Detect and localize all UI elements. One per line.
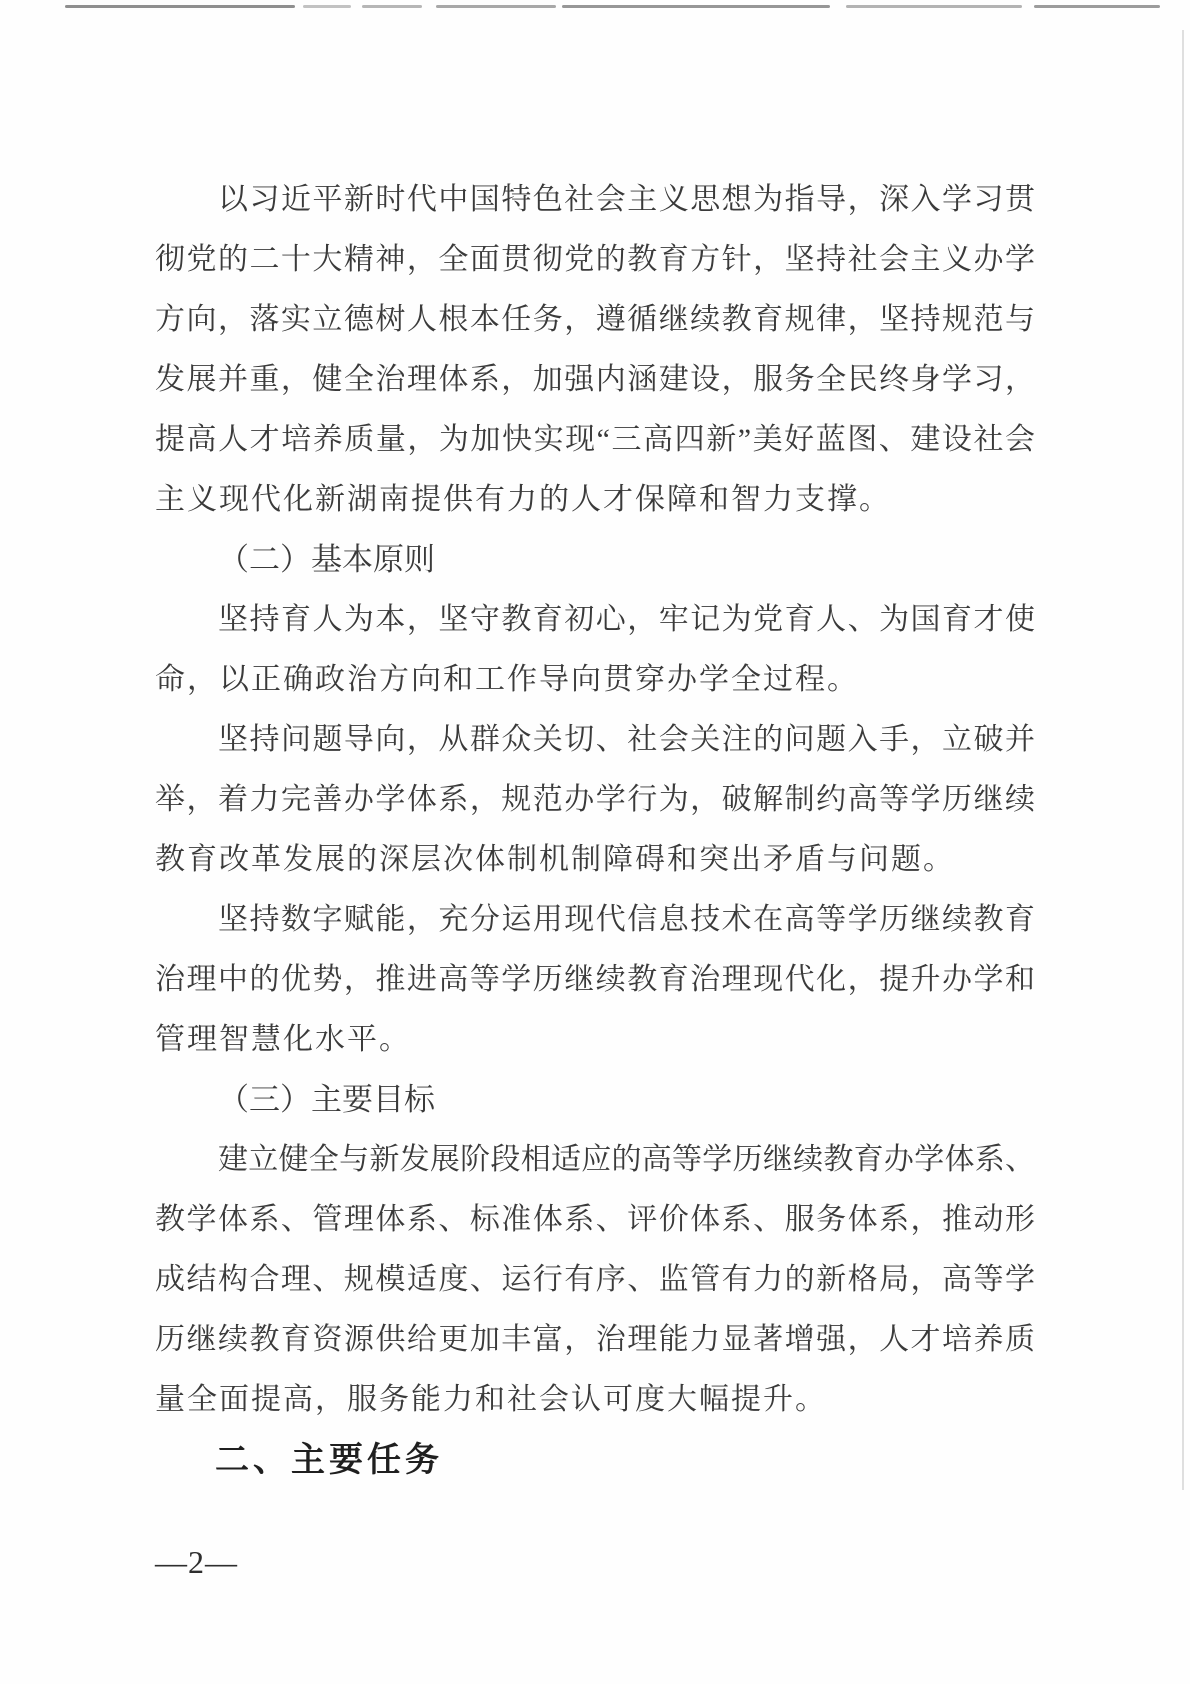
page-number: —2— bbox=[155, 1532, 238, 1592]
text-line: 方向，落实立德树人根本任务，遵循继续教育规律，坚持规范与 bbox=[155, 290, 1035, 350]
text-line: 坚持问题导向，从群众关切、社会关注的问题入手，立破并 bbox=[155, 710, 1035, 770]
scan-artifact-segment bbox=[362, 5, 422, 8]
text-line: 以习近平新时代中国特色社会主义思想为指导，深入学习贯 bbox=[155, 170, 1035, 230]
scan-artifact-segment bbox=[303, 5, 351, 8]
text-line: 量全面提高，服务能力和社会认可度大幅提升。 bbox=[155, 1370, 1035, 1430]
document-page: 以习近平新时代中国特色社会主义思想为指导，深入学习贯彻党的二十大精神，全面贯彻党… bbox=[0, 0, 1190, 1684]
text-line: 举，着力完善办学体系，规范办学行为，破解制约高等学历继续 bbox=[155, 770, 1035, 830]
text-line: 发展并重，健全治理体系，加强内涵建设，服务全民终身学习， bbox=[155, 350, 1035, 410]
scan-artifact-segment bbox=[562, 5, 830, 8]
text-line: 提高人才培养质量，为加快实现“三高四新”美好蓝图、建设社会 bbox=[155, 410, 1035, 470]
text-line: 治理中的优势，推进高等学历继续教育治理现代化，提升办学和 bbox=[155, 950, 1035, 1010]
text-line: 建立健全与新发展阶段相适应的高等学历继续教育办学体系、 bbox=[155, 1130, 1035, 1190]
text-line: 管理智慧化水平。 bbox=[155, 1010, 1035, 1070]
text-line: 历继续教育资源供给更加丰富，治理能力显著增强，人才培养质 bbox=[155, 1310, 1035, 1370]
scan-artifact-segment bbox=[65, 5, 295, 8]
text-line: 彻党的二十大精神，全面贯彻党的教育方针，坚持社会主义办学 bbox=[155, 230, 1035, 290]
text-line: 成结构合理、规模适度、运行有序、监管有力的新格局，高等学 bbox=[155, 1250, 1035, 1310]
scan-artifact-segment bbox=[436, 5, 556, 8]
text-line: 教育改革发展的深层次体制机制障碍和突出矛盾与问题。 bbox=[155, 830, 1035, 890]
scan-artifact-top-edge bbox=[0, 5, 1190, 10]
text-line: 坚持育人为本，坚守教育初心，牢记为党育人、为国育才使 bbox=[155, 590, 1035, 650]
section-subheading: （三）主要目标 bbox=[155, 1070, 1035, 1130]
scan-artifact-right-edge bbox=[1182, 30, 1184, 1490]
section-subheading: （二）基本原则 bbox=[155, 530, 1035, 590]
text-line: 主义现代化新湖南提供有力的人才保障和智力支撑。 bbox=[155, 470, 1035, 530]
text-line: 坚持数字赋能，充分运用现代信息技术在高等学历继续教育 bbox=[155, 890, 1035, 950]
text-line: 教学体系、管理体系、标准体系、评价体系、服务体系，推动形 bbox=[155, 1190, 1035, 1250]
scan-artifact-segment bbox=[1034, 5, 1160, 8]
text-line: 命，以正确政治方向和工作导向贯穿办学全过程。 bbox=[155, 650, 1035, 710]
section-heading: 二、主要任务 bbox=[155, 1430, 1035, 1490]
document-body: 以习近平新时代中国特色社会主义思想为指导，深入学习贯彻党的二十大精神，全面贯彻党… bbox=[155, 170, 1035, 1490]
scan-artifact-segment bbox=[846, 5, 1022, 8]
